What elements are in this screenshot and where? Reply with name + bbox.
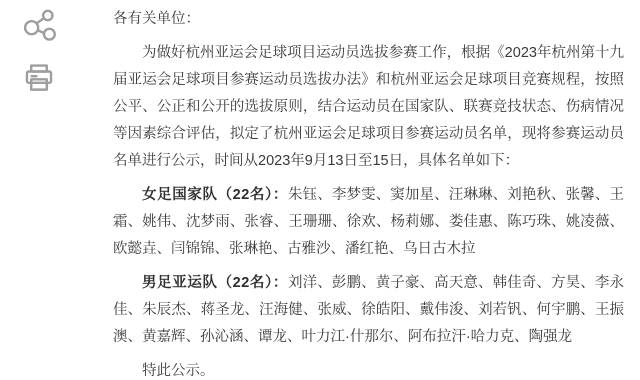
mens-team-label: 男足亚运队（22名）： bbox=[142, 275, 288, 291]
womens-team-paragraph: 女足国家队（22名）：朱钰、李梦雯、窦加星、汪琳琳、刘艳秋、张馨、王霜、姚伟、沈… bbox=[113, 182, 624, 263]
intro-paragraph: 为做好杭州亚运会足球项目运动员选拔参赛工作，根据《2023年杭州第十九届亚运会足… bbox=[113, 40, 624, 175]
announcement-page: 各有关单位： 为做好杭州亚运会足球项目运动员选拔参赛工作，根据《2023年杭州第… bbox=[0, 0, 640, 380]
print-icon bbox=[22, 61, 56, 97]
salutation: 各有关单位： bbox=[113, 6, 624, 33]
mens-team-paragraph: 男足亚运队（22名）：刘洋、彭鹏、黄子豪、高天意、韩佳奇、方昊、李永佳、朱辰杰、… bbox=[113, 270, 624, 351]
share-icon bbox=[22, 8, 56, 44]
side-toolbar bbox=[0, 0, 113, 380]
womens-team-label: 女足国家队（22名）： bbox=[142, 187, 288, 203]
share-button[interactable] bbox=[22, 8, 56, 44]
print-button[interactable] bbox=[22, 61, 56, 97]
document-body: 各有关单位： 为做好杭州亚运会足球项目运动员选拔参赛工作，根据《2023年杭州第… bbox=[113, 0, 640, 380]
closing-line: 特此公示。 bbox=[113, 358, 624, 380]
